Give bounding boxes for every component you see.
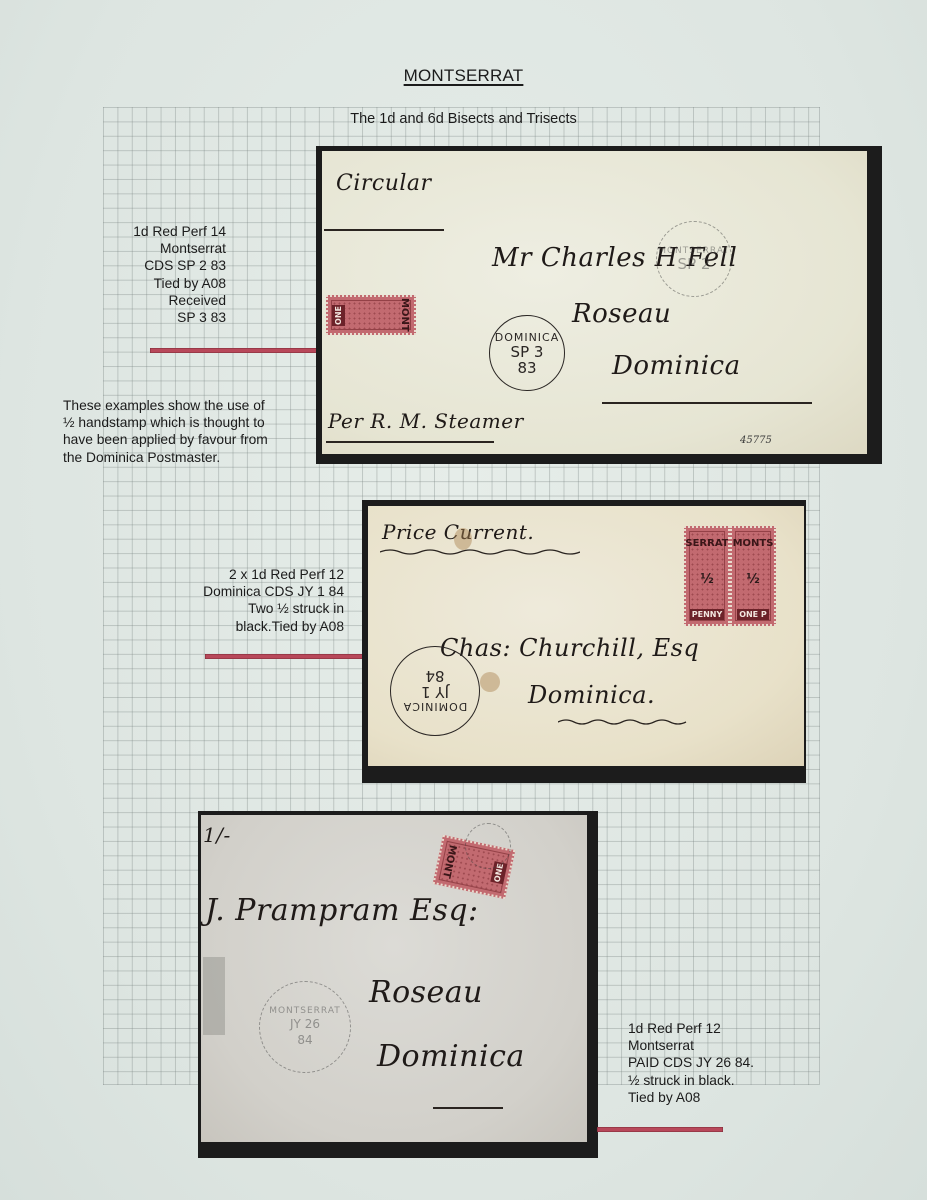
cover-3-address-line-3: Dominica [377,1039,525,1074]
stamp-value-label: ONE [332,305,345,326]
cover-3[interactable]: 1/- J. Prampram Esq: Roseau Dominica MON… [201,815,587,1142]
cover-1-address-rule [602,402,812,404]
cover-3-montserrat-postmark: MONTSERRAT JY 26 84 [259,981,351,1073]
cover-1-montserrat-postmark: MONTSERRAT SP 2 [656,221,732,297]
item-3-caption: 1d Red Perf 12 Montserrat PAID CDS JY 26… [628,1020,828,1106]
cover-3-address-line-1: J. Prampram Esq: [205,893,479,928]
cover-1-reference-number: 45775 [740,435,772,446]
cover-1-endorsement-rule [324,229,444,231]
cover-2-stain [454,528,472,550]
cover-1[interactable]: Circular Mr Charles H Fell Roseau Domini… [322,151,867,454]
cover-2-dominica-postmark: DOMINICA JY 1 84 [390,646,480,736]
page-subtitle: The 1d and 6d Bisects and Trisects [0,111,927,127]
page-title: MONTSERRAT [0,66,927,86]
item-3-connector [597,1127,723,1132]
cover-2-address-underline [558,718,688,726]
cover-2-address-line-2: Dominica. [528,681,655,709]
cover-3-address-line-2: Roseau [369,975,483,1010]
cover-1-endorsement: Circular [336,171,432,196]
cover-3-shadow-mark [203,957,225,1035]
cover-2-stamp-left: SERRAT ½ PENNY [684,526,730,626]
cover-1-bisect-stamp: ONE MONT [326,295,416,335]
cover-1-address-line-3: Dominica [612,351,741,381]
cover-1-carrier-rule [326,441,494,443]
cover-1-dominica-postmark: DOMINICA SP 3 83 [489,315,565,391]
cover-3-address-rule [433,1107,503,1109]
cover-3-paid-postmark-top [465,823,511,869]
cover-3-endorsement: 1/- [203,823,231,847]
cover-2-endorsement-underline [380,548,580,556]
item-1-caption: 1d Red Perf 14 Montserrat CDS SP 2 83 Ti… [60,223,226,326]
item-2-connector [205,654,365,659]
cover-2-stain-2 [480,672,500,692]
stamp-overprint: MONT [399,298,410,332]
cover-2-stamp-right: MONTS ½ ONE P [730,526,776,626]
intro-note: These examples show the use of ½ handsta… [63,397,323,466]
cover-2[interactable]: Price Current. Chas: Churchill, Esq Domi… [368,506,804,766]
item-2-caption: 2 x 1d Red Perf 12 Dominica CDS JY 1 84 … [150,566,344,635]
cover-1-carrier-note: Per R. M. Steamer [328,409,524,433]
cover-2-address-line-1: Chas: Churchill, Esq [440,634,699,662]
cover-1-address-line-2: Roseau [572,299,671,329]
item-1-connector [150,348,322,353]
